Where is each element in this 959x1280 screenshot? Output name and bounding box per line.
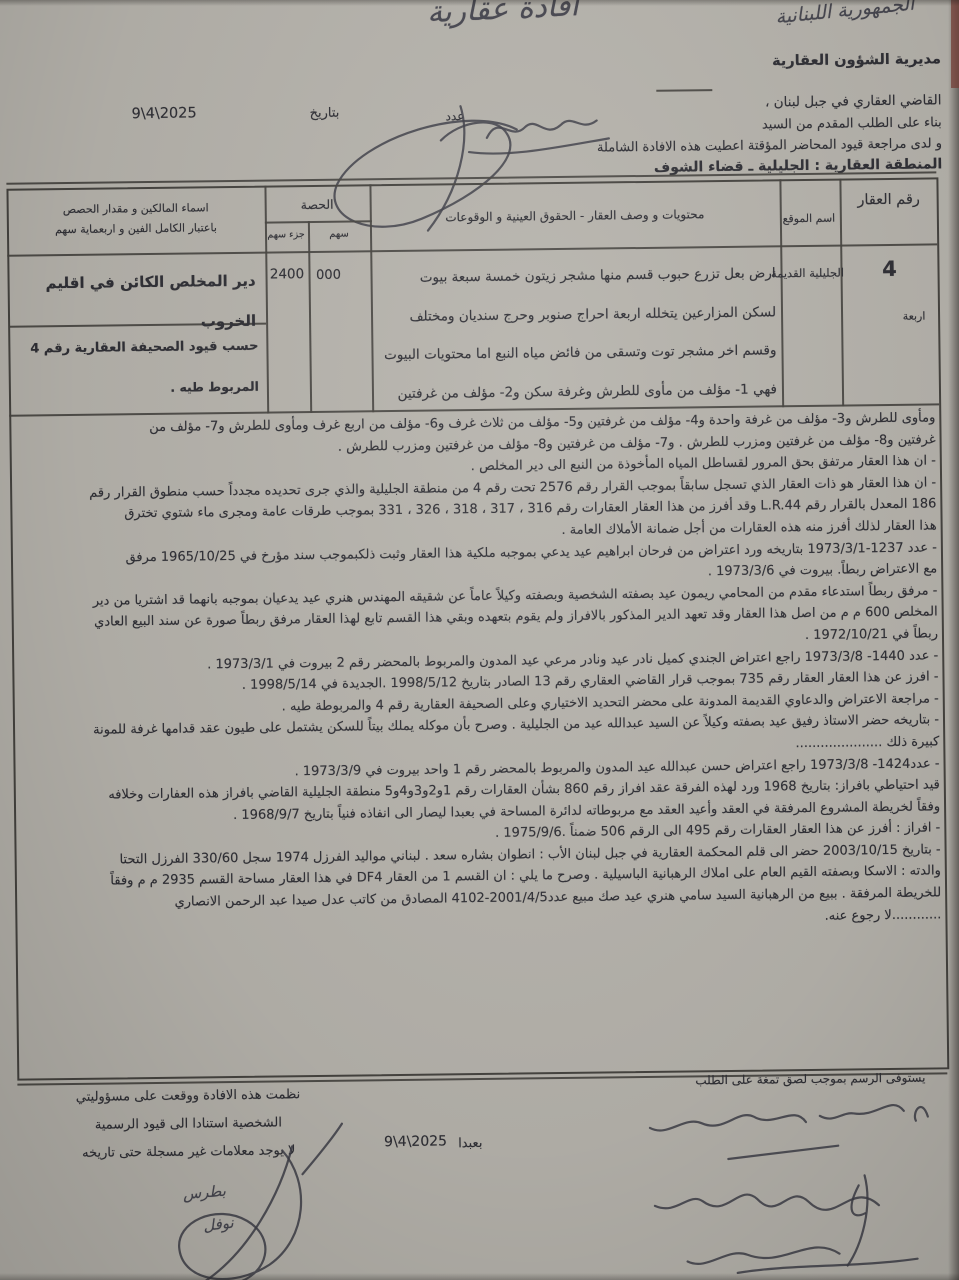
date-value: 9\4\2025 — [131, 105, 196, 122]
col-header-site-name: اسم الموقع — [779, 212, 839, 226]
handwritten-strike-mark — [298, 1120, 349, 1179]
footer-fee-line: يستوفى الرسم بموجب لصق تمغة على الطلب — [693, 1071, 927, 1088]
scan-edge-red-mark — [951, 0, 959, 88]
footer-statement-line: نظمت هذه الافادة ووقعت على مسؤوليتي — [35, 1081, 340, 1113]
header-divider-dash — [656, 89, 712, 92]
site-name-value: الجليلية القديمة — [765, 265, 849, 280]
property-number-words: اربعة — [889, 309, 939, 323]
owner-note-1: حسب قيود الصحيفة العقارية رقم 4 — [14, 339, 258, 357]
scanned-real-estate-certificate: الجمهورية اللبنانية افادة عقارية مديرية … — [0, 0, 959, 1280]
document-sheet: الجمهورية اللبنانية افادة عقارية مديرية … — [0, 0, 959, 1280]
judge-line: القاضي العقاري في جبل لبنان ، — [693, 92, 941, 111]
col-header-share: الحصة — [267, 196, 368, 212]
share-sahm-value: 000 — [309, 268, 347, 283]
footer-place: بعبدا — [458, 1136, 482, 1151]
col-header-share-juz-sahm: جزء سهم — [264, 229, 308, 241]
owner-name: دير المخلص الكائن في اقليم الخروب — [13, 261, 256, 344]
share-juz-sahm-value: 2400 — [266, 266, 307, 282]
footer-date: 9\4\2025 — [384, 1133, 447, 1150]
owner-note-2: المربوط طيه . — [15, 379, 259, 397]
registry-notes: ومأوى للطرش و3- مؤلف من غرفة واحدة و4- م… — [19, 407, 941, 936]
footer-statement-line: الشخصية استنادا الى قيود الرسمية — [36, 1109, 341, 1141]
description-line: فهي 1- مؤلف من مأوى للطرش وغرفة سكن و2- … — [379, 370, 777, 413]
property-number-value: 4 — [842, 256, 936, 281]
col-header-property-number: رقم العقار — [842, 191, 936, 208]
property-description: ارض بعل تزرع حبوب قسم منها مشجر زيتون خم… — [377, 254, 777, 413]
col-header-share-sahm: سهم — [310, 228, 368, 240]
official-signatures-scribbles — [606, 1086, 958, 1278]
republic-header-handwritten: الجمهورية اللبنانية — [742, 0, 948, 32]
directorate-title: مديرية الشؤون العقارية — [728, 51, 941, 70]
description-line: لسكن المزارعين يتخلله اربعة احراج صنوبر … — [378, 293, 776, 336]
document-title-handwritten: افادة عقارية — [370, 0, 636, 33]
description-line: ارض بعل تزرع حبوب قسم منها مشجر زيتون خم… — [377, 254, 775, 297]
description-line: وقسم اخر مشجر توت وتسقى من فائض مياه الن… — [378, 331, 776, 374]
